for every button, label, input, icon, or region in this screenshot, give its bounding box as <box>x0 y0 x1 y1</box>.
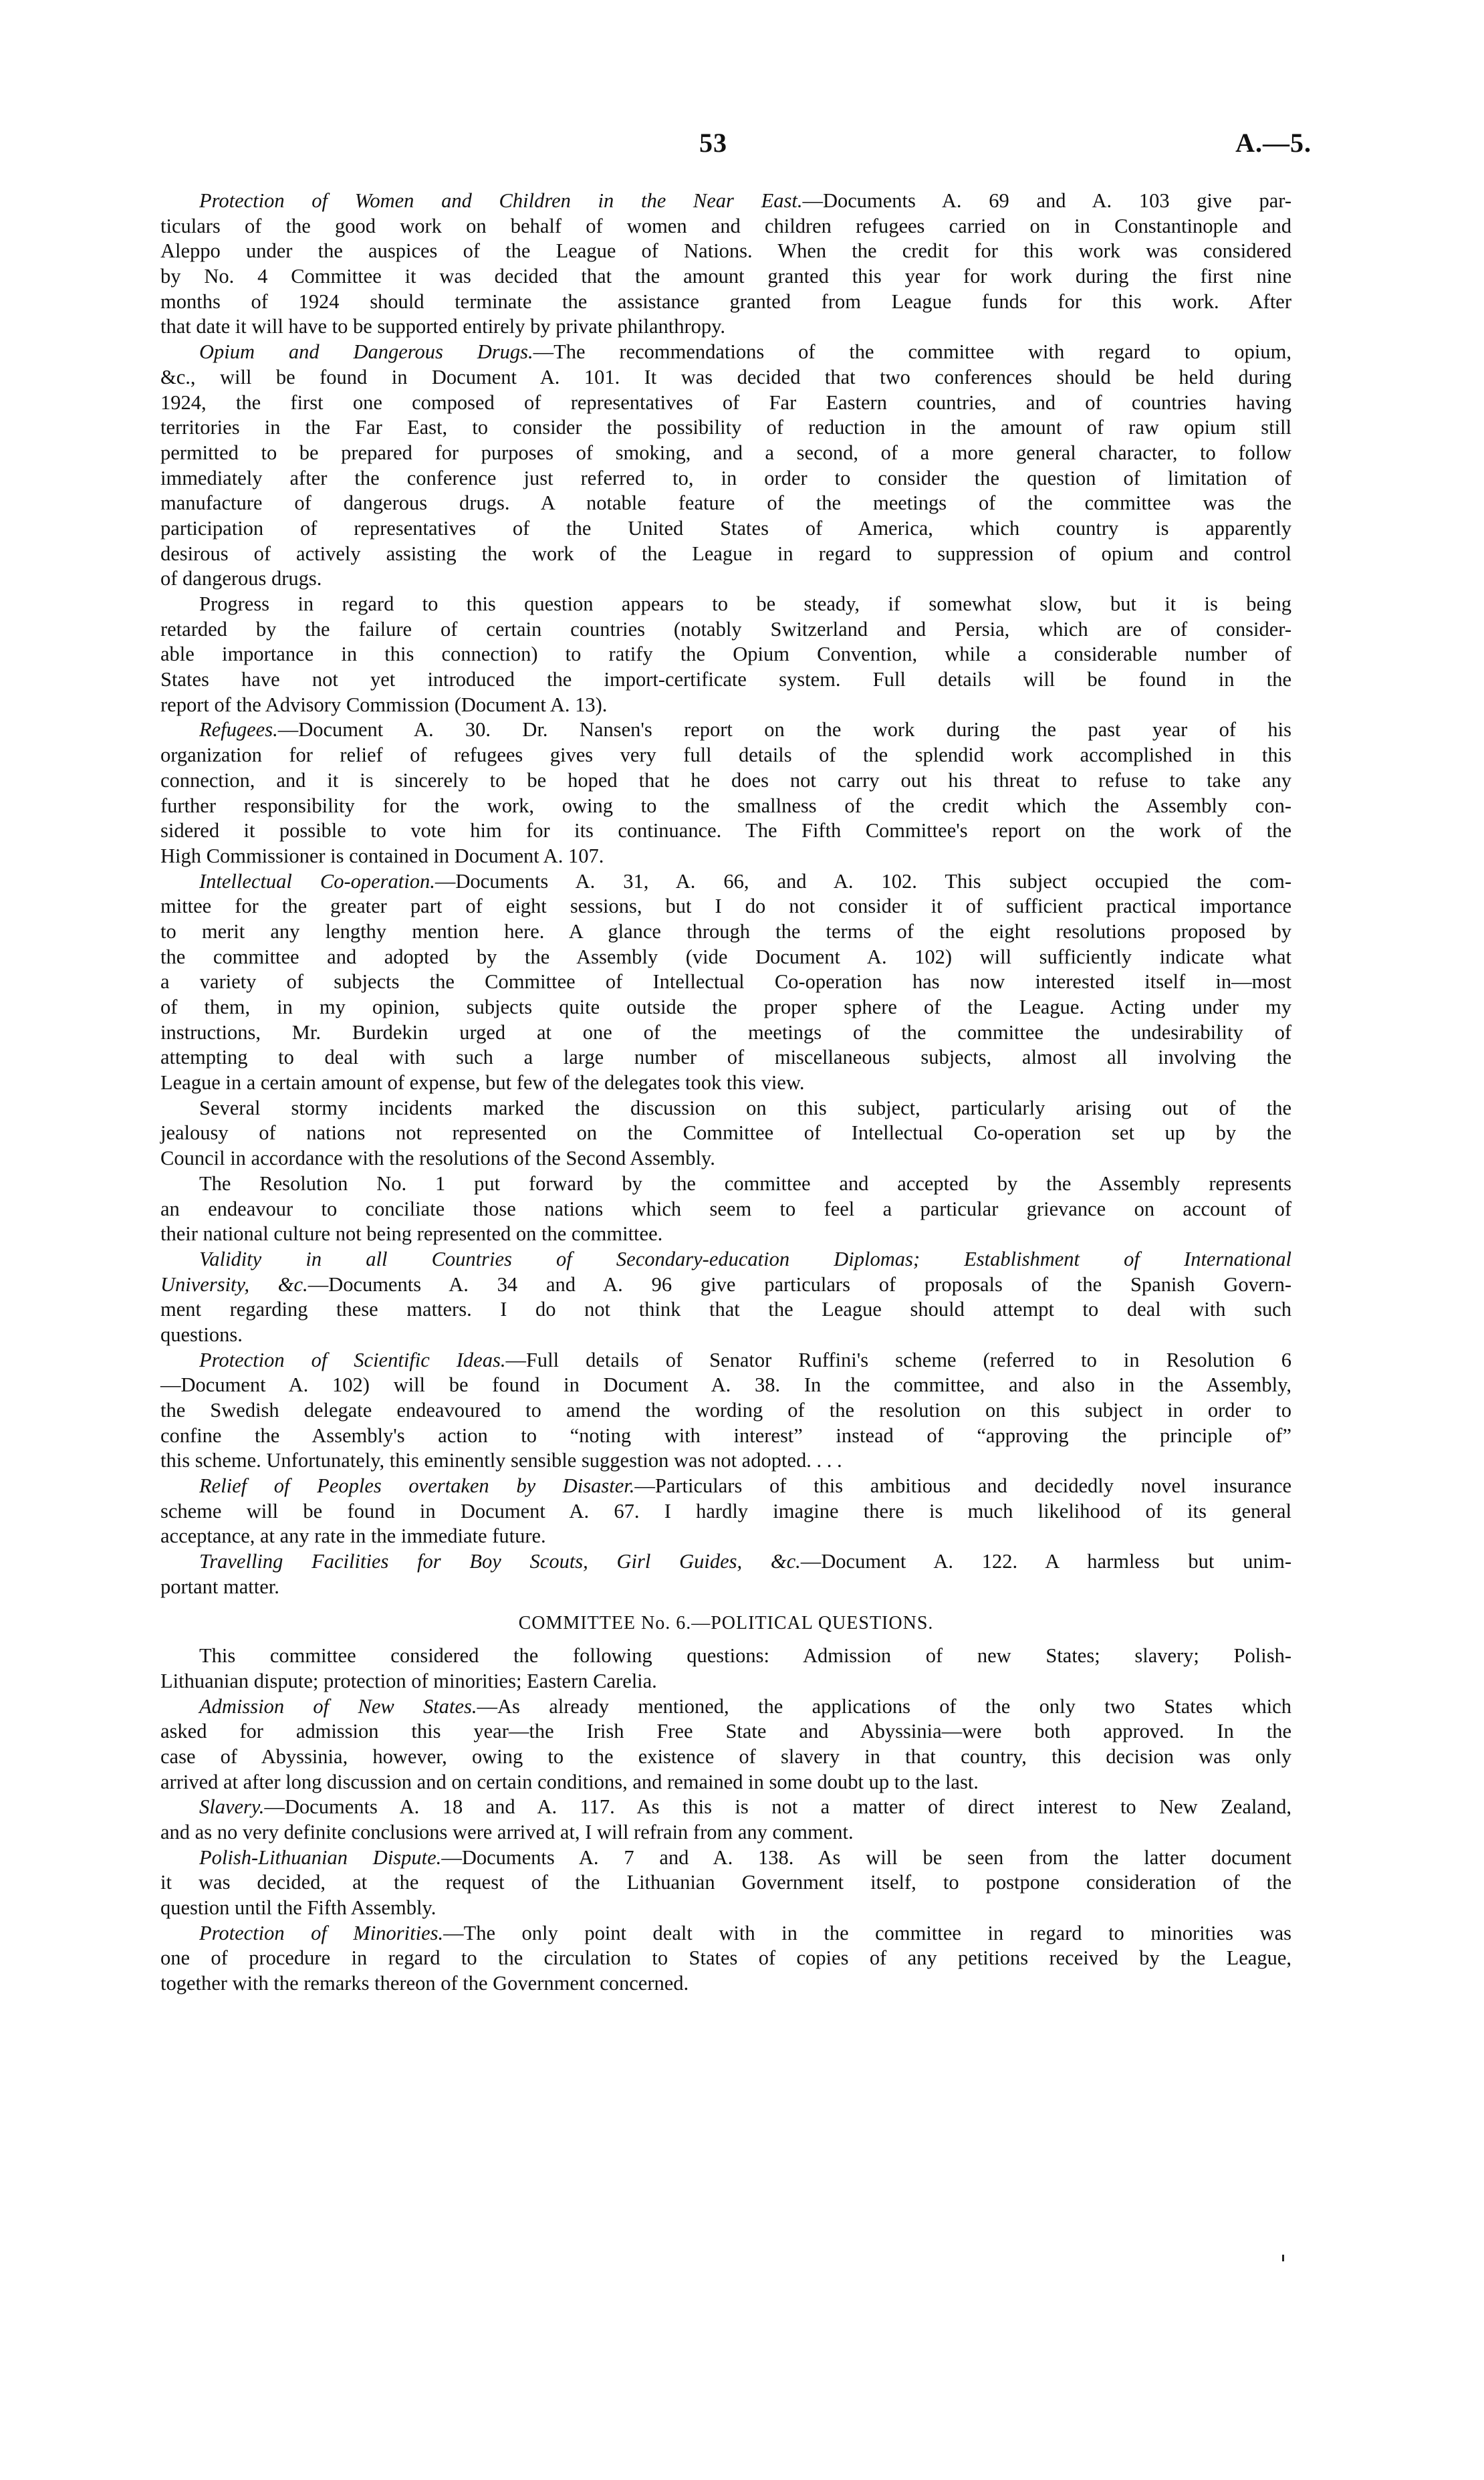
line-text: that date it will have to be supported e… <box>160 315 725 338</box>
paragraph-heading: Slavery. <box>199 1795 264 1818</box>
text-line: League in a certain amount of expense, b… <box>160 1070 1291 1096</box>
text-line: case of Abyssinia, however, owing to the… <box>160 1744 1291 1770</box>
line-text: one of procedure in regard to the circul… <box>160 1946 1291 1969</box>
line-text: connection, and it is sincerely to be ho… <box>160 769 1291 792</box>
line-text: organization for relief of refugees give… <box>160 744 1291 766</box>
paragraph: This committee considered the following … <box>160 1644 1291 1694</box>
line-text: This committee considered the following … <box>199 1644 1291 1667</box>
paragraph: Progress in regard to this question appe… <box>160 592 1291 717</box>
text-line: jealousy of nations not represented on t… <box>160 1121 1291 1146</box>
line-text: further responsibility for the work, owi… <box>160 794 1291 817</box>
text-line: mittee for the greater part of eight ses… <box>160 894 1291 919</box>
paragraph: Travelling Facilities for Boy Scouts, Gi… <box>160 1549 1291 1599</box>
line-text: immediately after the conference just re… <box>160 467 1291 489</box>
line-text: attempting to deal with such a large num… <box>160 1046 1291 1068</box>
line-text: by No. 4 Committee it was decided that t… <box>160 265 1291 288</box>
text-line: by No. 4 Committee it was decided that t… <box>160 264 1291 290</box>
text-line: acceptance, at any rate in the immediate… <box>160 1524 1291 1549</box>
paragraph-heading: Intellectual Co-operation. <box>199 870 435 893</box>
text-line: able importance in this connection) to r… <box>160 642 1291 667</box>
line-text: Aleppo under the auspices of the League … <box>160 239 1291 262</box>
text-line: question until the Fifth Assembly. <box>160 1896 1291 1921</box>
text-line: desirous of actively assisting the work … <box>160 542 1291 567</box>
text-line: arrived at after long discussion and on … <box>160 1770 1291 1795</box>
line-text: their national culture not being represe… <box>160 1222 662 1245</box>
text-line: Lithuanian dispute; protection of minori… <box>160 1669 1291 1694</box>
text-line: retarded by the failure of certain count… <box>160 617 1291 643</box>
text-line: Polish-Lithuanian Dispute.—Documents A. … <box>160 1845 1291 1871</box>
line-text: &c., will be found in Document A. 101. I… <box>160 366 1291 388</box>
line-text: questions. <box>160 1323 243 1346</box>
text-line: sidered it possible to vote him for its … <box>160 818 1291 844</box>
text-line: this scheme. Unfortunately, this eminent… <box>160 1448 1291 1474</box>
line-text: together with the remarks thereon of the… <box>160 1972 689 1995</box>
line-text: of dangerous drugs. <box>160 567 322 590</box>
paragraph: The Resolution No. 1 put forward by the … <box>160 1171 1291 1247</box>
line-text: question until the Fifth Assembly. <box>160 1896 436 1919</box>
text-line: portant matter. <box>160 1575 1291 1600</box>
line-text: —Documents A. 7 and A. 138. As will be s… <box>441 1846 1291 1869</box>
line-text: the committee and adopted by the Assembl… <box>160 945 1291 968</box>
text-line: ment regarding these matters. I do not t… <box>160 1297 1291 1323</box>
line-text: —Documents A. 18 and A. 117. As this is … <box>264 1795 1291 1818</box>
paragraph-heading: Protection of Minorities. <box>199 1922 443 1944</box>
text-line: and as no very definite conclusions were… <box>160 1820 1291 1845</box>
line-text: arrived at after long discussion and on … <box>160 1771 979 1793</box>
text-line: connection, and it is sincerely to be ho… <box>160 768 1291 794</box>
line-text: —Full details of Senator Ruffini's schem… <box>505 1349 1291 1371</box>
text-line: their national culture not being represe… <box>160 1222 1291 1247</box>
text-line: This committee considered the following … <box>160 1644 1291 1669</box>
text-line: an endeavour to conciliate those nations… <box>160 1197 1291 1222</box>
text-line: months of 1924 should terminate the assi… <box>160 290 1291 315</box>
text-line: a variety of subjects the Committee of I… <box>160 970 1291 995</box>
document-reference: A.—5. <box>1235 127 1312 158</box>
scan-speck <box>1282 2255 1284 2261</box>
document-body: Protection of Women and Children in the … <box>160 189 1291 1997</box>
line-text: this scheme. Unfortunately, this eminent… <box>160 1449 842 1472</box>
line-text: The Resolution No. 1 put forward by the … <box>199 1172 1291 1195</box>
text-line: scheme will be found in Document A. 67. … <box>160 1499 1291 1525</box>
text-line: of them, in my opinion, subjects quite o… <box>160 995 1291 1020</box>
paragraph: Relief of Peoples overtaken by Disaster.… <box>160 1474 1291 1549</box>
text-line: organization for relief of refugees give… <box>160 743 1291 768</box>
text-line: Opium and Dangerous Drugs.—The recommend… <box>160 340 1291 365</box>
text-line: &c., will be found in Document A. 101. I… <box>160 365 1291 390</box>
line-text: Progress in regard to this question appe… <box>199 592 1291 615</box>
text-line: States have not yet introduced the impor… <box>160 667 1291 693</box>
text-line: Intellectual Co-operation.—Documents A. … <box>160 869 1291 895</box>
text-line: confine the Assembly's action to “noting… <box>160 1424 1291 1449</box>
text-line: asked for admission this year—the Irish … <box>160 1719 1291 1744</box>
paragraph: Slavery.—Documents A. 18 and A. 117. As … <box>160 1795 1291 1845</box>
text-line: manufacture of dangerous drugs. A notabl… <box>160 491 1291 516</box>
line-text: —Documents A. 69 and A. 103 give par- <box>802 189 1291 212</box>
text-line: instructions, Mr. Burdekin urged at one … <box>160 1020 1291 1046</box>
text-line: Slavery.—Documents A. 18 and A. 117. As … <box>160 1795 1291 1820</box>
text-line: attempting to deal with such a large num… <box>160 1045 1291 1070</box>
line-text: mittee for the greater part of eight ses… <box>160 895 1291 917</box>
text-line: that date it will have to be supported e… <box>160 314 1291 340</box>
paragraph-heading-cont: University, &c. <box>160 1273 308 1296</box>
line-text: desirous of actively assisting the work … <box>160 542 1291 565</box>
line-text: participation of representatives of the … <box>160 517 1291 540</box>
line-text: territories in the Far East, to consider… <box>160 416 1291 439</box>
paragraph: Several stormy incidents marked the disc… <box>160 1096 1291 1171</box>
paragraph: Opium and Dangerous Drugs.—The recommend… <box>160 340 1291 592</box>
paragraph: Intellectual Co-operation.—Documents A. … <box>160 869 1291 1096</box>
paragraph-heading: Polish-Lithuanian Dispute. <box>199 1846 441 1869</box>
paragraph-heading: Protection of Scientific Ideas. <box>199 1349 505 1371</box>
line-text: it was decided, at the request of the Li… <box>160 1871 1291 1894</box>
text-line: permitted to be prepared for purposes of… <box>160 441 1291 466</box>
line-text: —Document A. 102) will be found in Docum… <box>160 1373 1291 1396</box>
paragraph: Polish-Lithuanian Dispute.—Documents A. … <box>160 1845 1291 1921</box>
line-text: States have not yet introduced the impor… <box>160 668 1291 691</box>
line-text: case of Abyssinia, however, owing to the… <box>160 1745 1291 1768</box>
text-line: Progress in regard to this question appe… <box>160 592 1291 617</box>
line-text: permitted to be prepared for purposes of… <box>160 441 1291 464</box>
text-line: questions. <box>160 1323 1291 1348</box>
text-line: further responsibility for the work, owi… <box>160 794 1291 819</box>
line-text: sidered it possible to vote him for its … <box>160 819 1291 842</box>
paragraph: Protection of Scientific Ideas.—Full det… <box>160 1348 1291 1474</box>
text-line: Protection of Women and Children in the … <box>160 189 1291 214</box>
line-text: —Document A. 122. A harmless but unim- <box>801 1550 1291 1573</box>
paragraph: Protection of Women and Children in the … <box>160 189 1291 340</box>
paragraph-heading: Admission of New States. <box>199 1695 477 1718</box>
paragraph-heading: Travelling Facilities for Boy Scouts, Gi… <box>199 1550 801 1573</box>
paragraph: Validity in all Countries of Secondary-e… <box>160 1247 1291 1348</box>
line-text: 1924, the first one composed of represen… <box>160 391 1291 414</box>
text-line: one of procedure in regard to the circul… <box>160 1946 1291 1971</box>
line-text: instructions, Mr. Burdekin urged at one … <box>160 1021 1291 1044</box>
text-line: participation of representatives of the … <box>160 516 1291 542</box>
line-text: —As already mentioned, the applications … <box>477 1695 1291 1718</box>
paragraph-heading: Validity in all Countries of Secondary-e… <box>199 1248 1291 1270</box>
text-line: High Commissioner is contained in Docume… <box>160 844 1291 869</box>
paragraph-heading: Refugees. <box>199 718 278 741</box>
text-line: ticulars of the good work on behalf of w… <box>160 214 1291 239</box>
line-text: jealousy of nations not represented on t… <box>160 1121 1291 1144</box>
text-line: report of the Advisory Commission (Docum… <box>160 693 1291 718</box>
text-line: Travelling Facilities for Boy Scouts, Gi… <box>160 1549 1291 1575</box>
text-line: Protection of Scientific Ideas.—Full det… <box>160 1348 1291 1373</box>
paragraph: Admission of New States.—As already ment… <box>160 1694 1291 1795</box>
text-line: of dangerous drugs. <box>160 566 1291 592</box>
line-text: able importance in this connection) to r… <box>160 643 1291 665</box>
line-text: manufacture of dangerous drugs. A notabl… <box>160 491 1291 514</box>
text-line: the committee and adopted by the Assembl… <box>160 945 1291 970</box>
line-text: a variety of subjects the Committee of I… <box>160 970 1291 993</box>
text-line: the Swedish delegate endeavoured to amen… <box>160 1398 1291 1424</box>
section-heading: COMMITTEE No. 6.—POLITICAL QUESTIONS. <box>160 1611 1291 1636</box>
line-text: —Documents A. 31, A. 66, and A. 102. Thi… <box>435 870 1291 893</box>
line-text: Council in accordance with the resolutio… <box>160 1147 715 1169</box>
line-text: an endeavour to conciliate those nations… <box>160 1198 1291 1220</box>
text-line: The Resolution No. 1 put forward by the … <box>160 1171 1291 1197</box>
line-text: and as no very definite conclusions were… <box>160 1821 854 1843</box>
text-line: Refugees.—Document A. 30. Dr. Nansen's r… <box>160 717 1291 743</box>
paragraph: Protection of Minorities.—The only point… <box>160 1921 1291 1997</box>
line-text: —Document A. 30. Dr. Nansen's report on … <box>278 718 1291 741</box>
line-text: Lithuanian dispute; protection of minori… <box>160 1670 657 1692</box>
text-line: territories in the Far East, to consider… <box>160 415 1291 441</box>
text-line: together with the remarks thereon of the… <box>160 1971 1291 1997</box>
text-line: Relief of Peoples overtaken by Disaster.… <box>160 1474 1291 1499</box>
text-line: —Document A. 102) will be found in Docum… <box>160 1373 1291 1398</box>
line-text: Several stormy incidents marked the disc… <box>199 1097 1291 1119</box>
text-line: Council in accordance with the resolutio… <box>160 1146 1291 1171</box>
line-text: retarded by the failure of certain count… <box>160 618 1291 641</box>
paragraph-heading: Protection of Women and Children in the … <box>199 189 802 212</box>
page-number: 53 <box>699 127 727 158</box>
line-text: ment regarding these matters. I do not t… <box>160 1298 1291 1321</box>
text-line: Several stormy incidents marked the disc… <box>160 1096 1291 1121</box>
line-text: asked for admission this year—the Irish … <box>160 1720 1291 1742</box>
line-text: —The only point dealt with in the commit… <box>443 1922 1291 1944</box>
line-text: the Swedish delegate endeavoured to amen… <box>160 1399 1291 1422</box>
paragraph-heading: Opium and Dangerous Drugs. <box>199 340 533 363</box>
line-text: scheme will be found in Document A. 67. … <box>160 1500 1291 1523</box>
line-text: ticulars of the good work on behalf of w… <box>160 215 1291 237</box>
line-text: confine the Assembly's action to “noting… <box>160 1424 1291 1447</box>
text-line: 1924, the first one composed of represen… <box>160 390 1291 416</box>
paragraph-heading: Relief of Peoples overtaken by Disaster. <box>199 1474 634 1497</box>
line-text: of them, in my opinion, subjects quite o… <box>160 996 1291 1018</box>
text-line: immediately after the conference just re… <box>160 466 1291 491</box>
paragraph: Refugees.—Document A. 30. Dr. Nansen's r… <box>160 717 1291 869</box>
text-line: University, &c.—Documents A. 34 and A. 9… <box>160 1272 1291 1298</box>
line-text: portant matter. <box>160 1575 279 1598</box>
line-text: —Documents A. 34 and A. 96 give particul… <box>308 1273 1291 1296</box>
text-line: it was decided, at the request of the Li… <box>160 1870 1291 1896</box>
text-line: Admission of New States.—As already ment… <box>160 1694 1291 1720</box>
line-text: —Particulars of this ambitious and decid… <box>634 1474 1291 1497</box>
text-line: Aleppo under the auspices of the League … <box>160 239 1291 264</box>
line-text: months of 1924 should terminate the assi… <box>160 290 1291 313</box>
line-text: League in a certain amount of expense, b… <box>160 1071 805 1094</box>
line-text: —The recommendations of the committee wi… <box>533 340 1291 363</box>
line-text: High Commissioner is contained in Docume… <box>160 844 604 867</box>
text-line: Validity in all Countries of Secondary-e… <box>160 1247 1291 1272</box>
line-text: acceptance, at any rate in the immediate… <box>160 1525 546 1547</box>
text-line: Protection of Minorities.—The only point… <box>160 1921 1291 1946</box>
line-text: to merit any lengthy mention here. A gla… <box>160 920 1291 943</box>
line-text: report of the Advisory Commission (Docum… <box>160 693 607 716</box>
text-line: to merit any lengthy mention here. A gla… <box>160 919 1291 945</box>
